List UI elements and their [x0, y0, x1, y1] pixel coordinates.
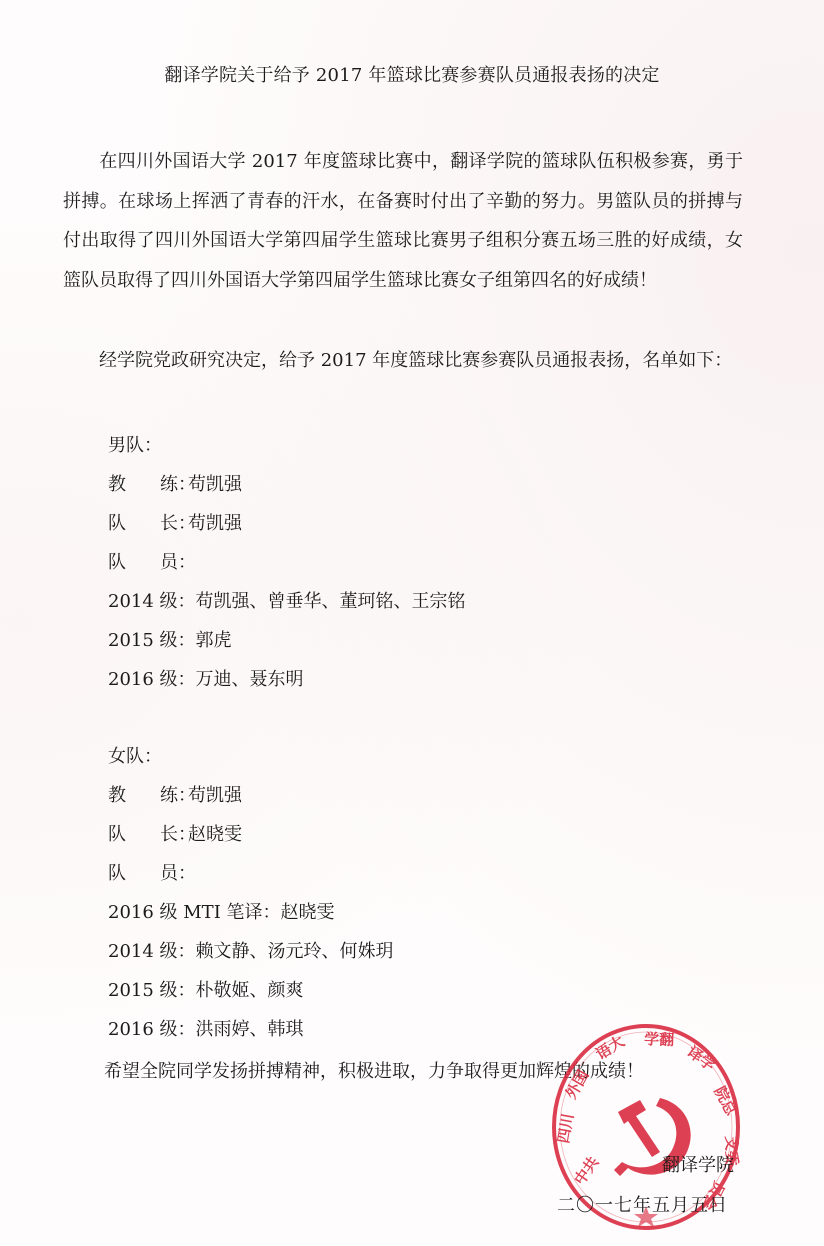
- member-names: 郭虎: [196, 630, 232, 651]
- svg-text:中共: 中共: [571, 1153, 603, 1188]
- grade-label: 2015 级：: [108, 630, 196, 651]
- svg-text:语大: 语大: [593, 1032, 628, 1063]
- member-names: 朴敬姬、颜爽: [196, 980, 304, 1001]
- womens-members-label: 队员：: [108, 859, 188, 885]
- paragraph-decision: 经学院党政研究决定，给予 2017 年度篮球比赛参赛队员通报表扬，名单如下：: [63, 341, 743, 381]
- womens-member-row: 2014 级：赖文静、汤元玲、何姝玥: [108, 937, 394, 963]
- captain-label: 队长：: [108, 820, 188, 846]
- mens-members-label: 队员：: [108, 548, 188, 574]
- mens-member-row: 2016 级：万迪、聂东明: [108, 665, 304, 691]
- grade-label: 2015 级：: [108, 980, 196, 1001]
- womens-captain-name: 赵晓雯: [188, 824, 242, 845]
- member-names: 万迪、聂东明: [196, 669, 304, 690]
- member-names: 苟凯强、曾垂华、董珂铭、王宗铭: [196, 591, 466, 612]
- svg-text:四川: 四川: [554, 1112, 577, 1145]
- mens-team-heading: 男队：: [108, 431, 162, 457]
- member-names: 赵晓雯: [281, 902, 335, 923]
- womens-coach-line: 教练：苟凯强: [108, 781, 242, 807]
- grade-label: 2016 级：: [108, 1019, 196, 1040]
- womens-member-row: 2016 级 MTI 笔译：赵晓雯: [108, 898, 335, 924]
- scanned-document-page: 翻译学院关于给予 2017 年篮球比赛参赛队员通报表扬的决定 在四川外国语大学 …: [0, 0, 824, 1246]
- womens-coach-name: 苟凯强: [188, 785, 242, 806]
- grade-label: 2014 级：: [108, 591, 196, 612]
- mens-captain-name: 苟凯强: [188, 513, 242, 534]
- svg-text:译学: 译学: [684, 1043, 719, 1075]
- svg-text:学翻: 学翻: [644, 1030, 675, 1049]
- mens-coach-line: 教练：苟凯强: [108, 470, 242, 496]
- paragraph-intro: 在四川外国语大学 2017 年度篮球比赛中，翻译学院的篮球队伍积极参赛，勇于拼搏…: [63, 142, 743, 300]
- womens-team-heading: 女队：: [108, 742, 162, 768]
- grade-label: 2014 级：: [108, 941, 196, 962]
- mens-member-row: 2014 级：苟凯强、曾垂华、董珂铭、王宗铭: [108, 587, 466, 613]
- mens-coach-name: 苟凯强: [188, 474, 242, 495]
- member-names: 洪雨婷、韩琪: [196, 1019, 304, 1040]
- issue-date: 二〇一七年五月五日: [557, 1191, 728, 1217]
- womens-member-row: 2015 级：朴敬姬、颜爽: [108, 976, 304, 1002]
- grade-label: 2016 级：: [108, 669, 196, 690]
- signer-name: 翻译学院: [662, 1151, 734, 1177]
- member-names: 赖文静、汤元玲、何姝玥: [196, 941, 394, 962]
- captain-label: 队长：: [108, 509, 188, 535]
- mens-captain-line: 队长：苟凯强: [108, 509, 242, 535]
- mens-member-row: 2015 级：郭虎: [108, 626, 232, 652]
- womens-captain-line: 队长：赵晓雯: [108, 820, 242, 846]
- coach-label: 教练：: [108, 470, 188, 496]
- paragraph-intro-text: 在四川外国语大学 2017 年度篮球比赛中，翻译学院的篮球队伍积极参赛，勇于拼搏…: [63, 151, 743, 291]
- grade-label: 2016 级 MTI 笔译：: [108, 902, 281, 923]
- coach-label: 教练：: [108, 781, 188, 807]
- document-title: 翻译学院关于给予 2017 年篮球比赛参赛队员通报表扬的决定: [0, 61, 824, 87]
- womens-member-row: 2016 级：洪雨婷、韩琪: [108, 1015, 304, 1041]
- paragraph-decision-text: 经学院党政研究决定，给予 2017 年度篮球比赛参赛队员通报表扬，名单如下：: [99, 350, 732, 371]
